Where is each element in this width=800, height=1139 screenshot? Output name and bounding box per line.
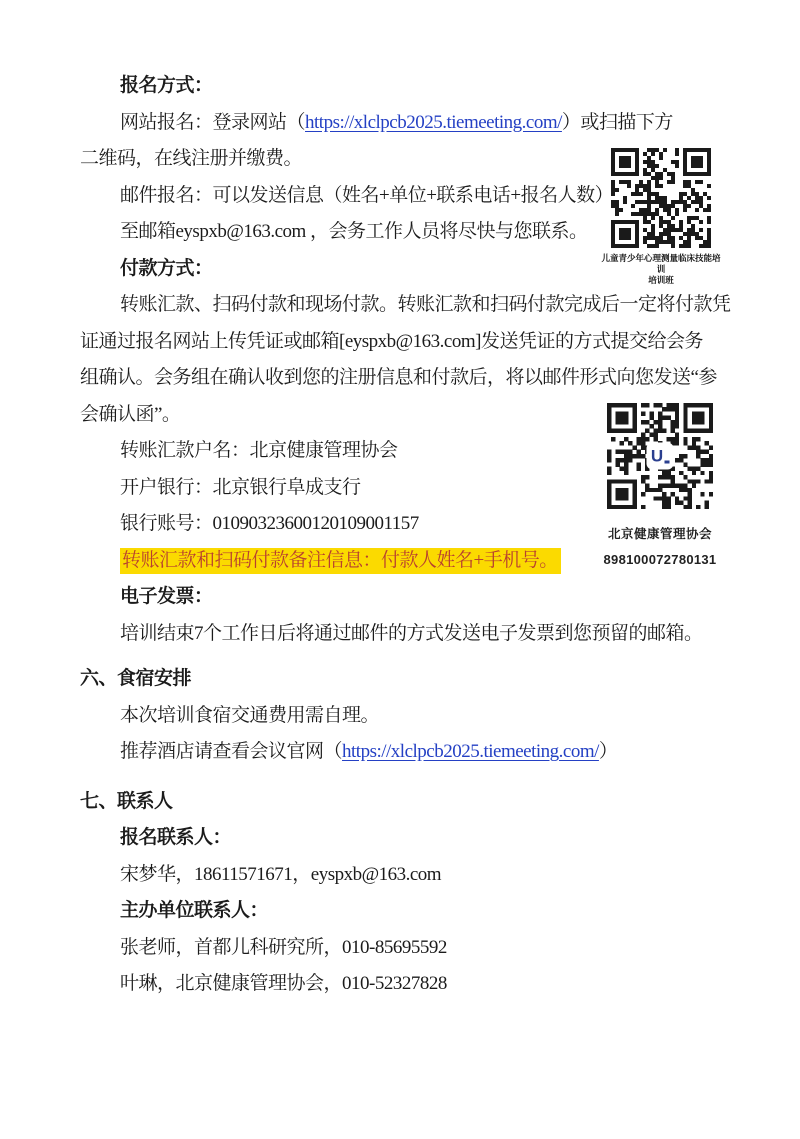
registration-url-link[interactable]: https://xlclpcb2025.tiemeeting.com/ [305,112,562,133]
website-registration-line: 网站报名：登录网站（https://xlclpcb2025.tiemeeting… [80,105,740,142]
accommodation-line1: 本次培训食宿交通费用需自理。 [80,698,740,735]
association-qr-block: U 北京健康管理协会 898100072780131 [595,403,725,567]
registration-heading: 报名方式： [80,68,740,105]
course-qr-caption-line1: 儿童青少年心理测量临床技能培训 [599,253,723,275]
payment-para-line3: 组确认。会务组在确认收到您的注册信息和付款后，将以邮件形式向您发送“参 [80,360,740,397]
payment-para-line1: 转账汇款、扫码付款和现场付款。转账汇款和扫码付款完成后一定将付款凭 [80,287,740,324]
course-qr-code [611,148,711,248]
contacts-heading: 七、联系人 [80,784,740,821]
hotel-line-prefix: 推荐酒店请查看会议官网（ [120,741,342,762]
association-qr-caption: 北京健康管理协会 [595,524,725,542]
website-registration-suffix: ）或扫描下方 [562,112,673,133]
registration-contact: 宋梦华，18611571671，eyspxb@163.com [80,857,740,894]
course-qr-caption-line2: 培训班 [599,275,723,286]
invoice-line: 培训结束7个工作日后将通过邮件的方式发送电子发票到您预留的邮箱。 [80,616,740,653]
host-contact-2: 叶琳，北京健康管理协会，010-52327828 [80,966,740,1003]
association-logo-dash [664,461,669,464]
hotel-line-suffix: ） [599,741,618,762]
host-contact-1: 张老师，首都儿科研究所，010-85695592 [80,930,740,967]
document-page: 报名方式： 网站报名：登录网站（https://xlclpcb2025.tiem… [0,0,800,1139]
accommodation-heading: 六、食宿安排 [80,661,740,698]
payment-note-highlight: 转账汇款和扫码付款备注信息：付款人姓名+手机号。 [120,548,561,574]
association-logo-icon: U [647,443,674,470]
payment-para-line2: 证通过报名网站上传凭证或邮箱[eyspxb@163.com]发送凭证的方式提交给… [80,324,740,361]
invoice-heading: 电子发票： [80,579,740,616]
association-logo-letter: U [651,448,663,465]
accommodation-line2: 推荐酒店请查看会议官网（https://xlclpcb2025.tiemeeti… [80,734,740,771]
association-qr-number: 898100072780131 [595,552,725,567]
registration-contact-heading: 报名联系人： [80,820,740,857]
website-registration-prefix: 网站报名：登录网站（ [120,112,305,133]
host-contact-heading: 主办单位联系人： [80,893,740,930]
hotel-url-link[interactable]: https://xlclpcb2025.tiemeeting.com/ [342,741,599,762]
course-qr-block: 儿童青少年心理测量临床技能培训 培训班 [599,148,723,286]
